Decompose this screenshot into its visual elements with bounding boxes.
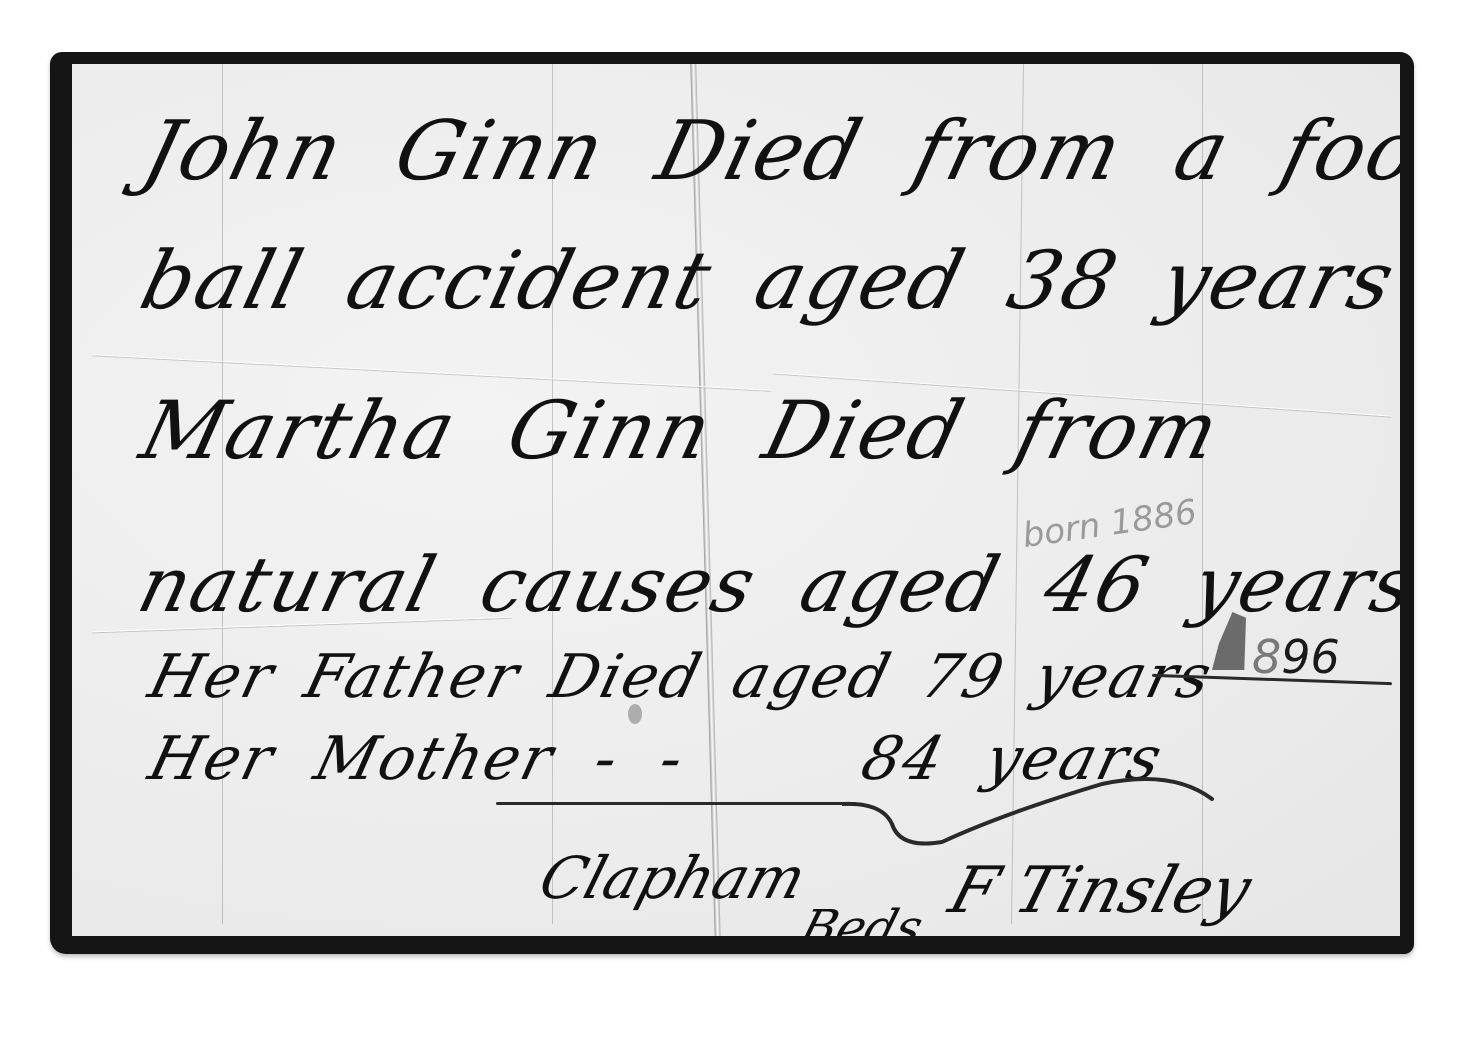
signature-flourish [842, 754, 1262, 864]
signature-place: Clapham [532, 844, 813, 912]
signature-rule [496, 802, 856, 805]
stain-dot [628, 704, 642, 724]
year-annotation: 896 [1252, 630, 1340, 684]
signature-name: F Tinsley [941, 854, 1259, 928]
year-ink-digits: 96 [1281, 630, 1340, 684]
mourning-card: John Ginn Died from a foot ball accident… [50, 52, 1414, 954]
handwritten-line-3: Martha Ginn Died from [132, 384, 1229, 477]
handwritten-line-5: Her Father Died aged 79 years [142, 642, 1220, 712]
photo-stage: John Ginn Died from a foot ball accident… [0, 0, 1484, 1040]
signature-county: Beds [794, 900, 929, 936]
handwritten-line-2: ball accident aged 38 years [132, 234, 1400, 327]
handwritten-line-1: John Ginn Died from a foot [134, 104, 1400, 199]
year-pencil-digit: 8 [1252, 630, 1281, 684]
mother-label: Her Mother - - [142, 724, 692, 794]
handwritten-line-4: natural causes aged 46 years [130, 540, 1400, 629]
card-paper: John Ginn Died from a foot ball accident… [72, 64, 1400, 936]
